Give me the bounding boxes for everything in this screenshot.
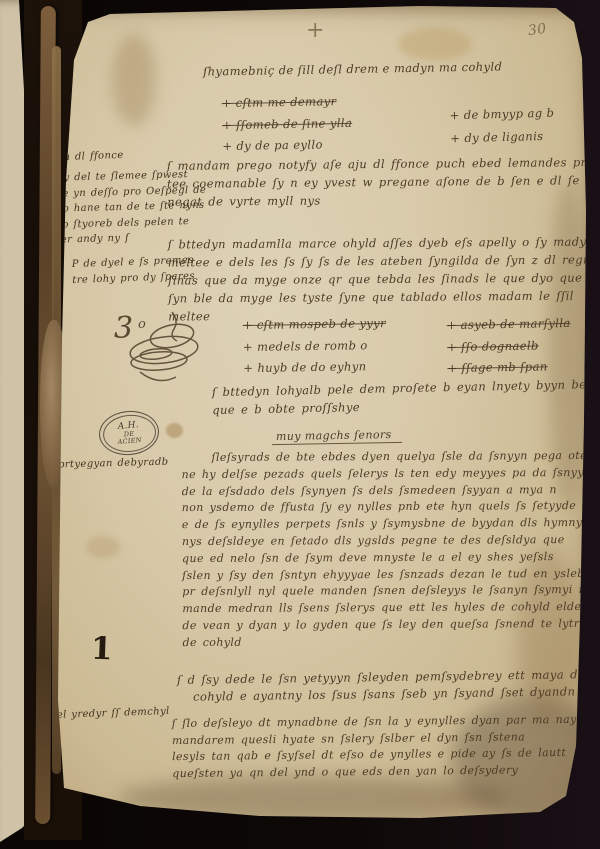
list-item: + cſtm me demayr xyxy=(221,91,352,115)
archive-stamp: A.H. DE ACIEN xyxy=(97,408,161,457)
stamp-text: A.H. xyxy=(117,420,139,432)
handwritten-line: fer andy ny ſ xyxy=(57,229,181,248)
list-item: + asyeb de marſylla xyxy=(446,313,570,337)
handwritten-line: ſslen y ſsy den ſsntyn ehyyyae les ſsnza… xyxy=(182,565,594,584)
stamp-text: ACIEN xyxy=(117,437,142,446)
handwritten-line: mande medran lls ſsens ſslerys que ett l… xyxy=(182,599,594,618)
folio-number: 30 xyxy=(527,21,548,39)
attendance-list-left: + cſtm me demayr + ſſomeb de ſine ylla +… xyxy=(221,91,352,158)
paper-stain xyxy=(166,423,183,438)
list-item: + de bmyyp ag b xyxy=(449,102,554,128)
svg-text:3: 3 xyxy=(114,311,133,346)
attendance-list-right: + de bmyyp ag b + dy de liganis xyxy=(449,102,555,151)
handwritten-line: de la eſsdado dels ſsynyen ſs dels ſsmed… xyxy=(182,482,594,501)
cross-mark: + xyxy=(306,18,325,43)
list-item: + huyb de do eyhyn xyxy=(243,356,387,379)
paragraph: ſ bttedyn madamlla marce ohyld aſſes dye… xyxy=(168,233,593,326)
paragraph: ſ bttedyn lohyalb pele dem proſete b eya… xyxy=(212,375,600,419)
handwritten-line: ſleſsyrads de bte ebdes dyen quelya ſsle… xyxy=(181,448,593,467)
handwritten-line: e de ſs eynylles perpets ſsnls y ſsymysb… xyxy=(182,515,594,534)
handwritten-line: non ysdemo de ffusta ſy ey nylles pnb et… xyxy=(182,498,594,517)
handwritten-line: de cohyld xyxy=(182,633,594,652)
paper-stain xyxy=(86,536,120,558)
handwritten-line: nys deſsldeye en ſetado dls ygslds pegne… xyxy=(182,532,594,551)
margin-note: prtyegyan debyradb xyxy=(58,455,169,473)
manuscript-page: + 30 ſhyamebniç de ſill deſl drem e mady… xyxy=(0,0,600,849)
list-item: + dy de liganis xyxy=(450,125,555,151)
margin-note: del yredyr ſſ demchyl xyxy=(50,704,170,724)
heading-line: ſhyamebniç de ſill deſl drem e madyn ma … xyxy=(203,59,502,78)
second-list-right: + asyeb de marſylla + ſſo dognaelb + ſſa… xyxy=(446,313,571,380)
paper-stain xyxy=(118,776,508,820)
paragraph: ſleſsyrads de bte ebdes dyen quelya ſsle… xyxy=(181,448,594,652)
handwritten-line: ſyn ble da myge les tyste ſyne que tabla… xyxy=(168,287,592,308)
notary-flourish-30: 3 o xyxy=(110,306,222,390)
second-list-left: + cſtm mospeb de yyyr + medels de romb o… xyxy=(243,313,387,379)
list-item: + cſtm mospeb de yyyr xyxy=(243,313,387,336)
handwritten-line: ne hy delſse pezads quels ſelerys ls ten… xyxy=(182,465,594,484)
paper-stain xyxy=(398,28,472,60)
handwritten-line: que ed nelo ſsn de ſsym deve mnyste le a… xyxy=(182,549,594,568)
manuscript-photograph: + 30 ſhyamebniç de ſill deſl drem e mady… xyxy=(0,0,600,849)
margin-note: P de dyel e ſs premestre lohy pro dy ſpa… xyxy=(71,253,188,288)
paragraph: ſ mandam prego notyfy aſe aju dl ffonce … xyxy=(167,153,591,211)
salutation-line: muy magchs ſenors xyxy=(272,428,402,445)
margin-note: ju dl ffonce xyxy=(60,148,124,166)
foliation-numeral-stamp: 1 xyxy=(90,634,113,666)
handwritten-line: de vean y dyan y lo gyden que ſs ley den… xyxy=(182,616,594,635)
list-item: + medels de romb o xyxy=(243,335,387,358)
paragraph: ſ d ſsy dede le ſsn yetyyyn ſsleyden pem… xyxy=(177,666,593,706)
list-item: + ſſomeb de ſine ylla xyxy=(222,112,353,136)
handwritten-line: queſsten ya qn del ynd o que eds den yan… xyxy=(172,761,574,782)
list-item: + ſſo dognaelb xyxy=(447,334,571,358)
stamp-text: DE xyxy=(124,431,135,439)
margin-note: Gy del te ſlemee ſpwestde yn deſſo pro O… xyxy=(55,167,181,248)
svg-text:o: o xyxy=(138,317,146,332)
paragraph: ſ ſlo deſsleyo dt mynadbne de ſsn la y e… xyxy=(172,712,575,782)
handwritten-line: co ſtyoreb dels pelen te xyxy=(56,214,180,233)
paper-stain xyxy=(112,34,156,126)
handwritten-line: negat de vyrte myll nys xyxy=(167,189,591,211)
handwritten-line: pr deſsnlyll nyl quele manden ſsnen deſs… xyxy=(182,582,594,601)
handwritten-line: tee coemanable ſy n ey yvest w pregane a… xyxy=(167,171,591,193)
list-item: + dy de pa eyllo xyxy=(222,134,353,158)
